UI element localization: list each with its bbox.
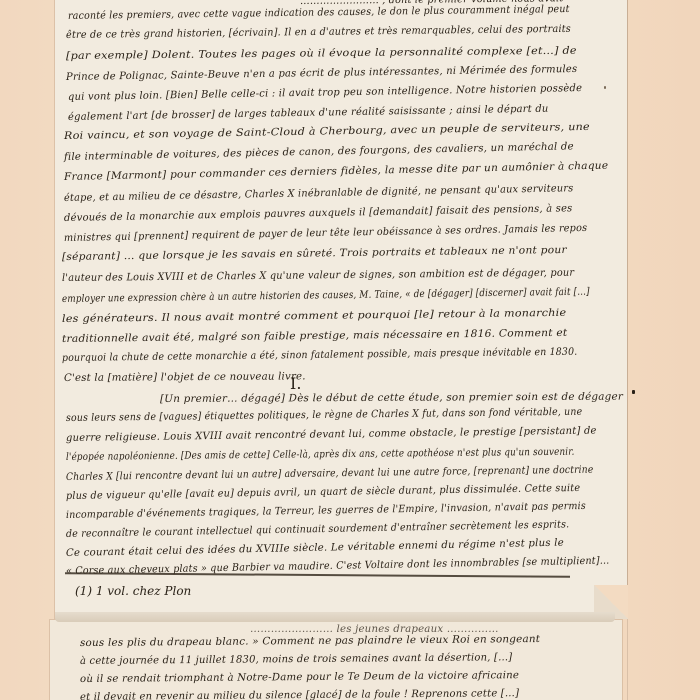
page-speck xyxy=(604,86,606,89)
section-heading: I. xyxy=(290,374,301,393)
manuscript-line: …………………… les jeunes drapeaux …………… xyxy=(250,624,499,635)
manuscript-line: C'est la [matière] l'objet de ce nouveau… xyxy=(64,371,306,384)
page-speck xyxy=(632,390,635,394)
footnote-text: (1) 1 vol. chez Plon xyxy=(75,584,191,598)
sheet-bottom-edge xyxy=(55,612,615,622)
